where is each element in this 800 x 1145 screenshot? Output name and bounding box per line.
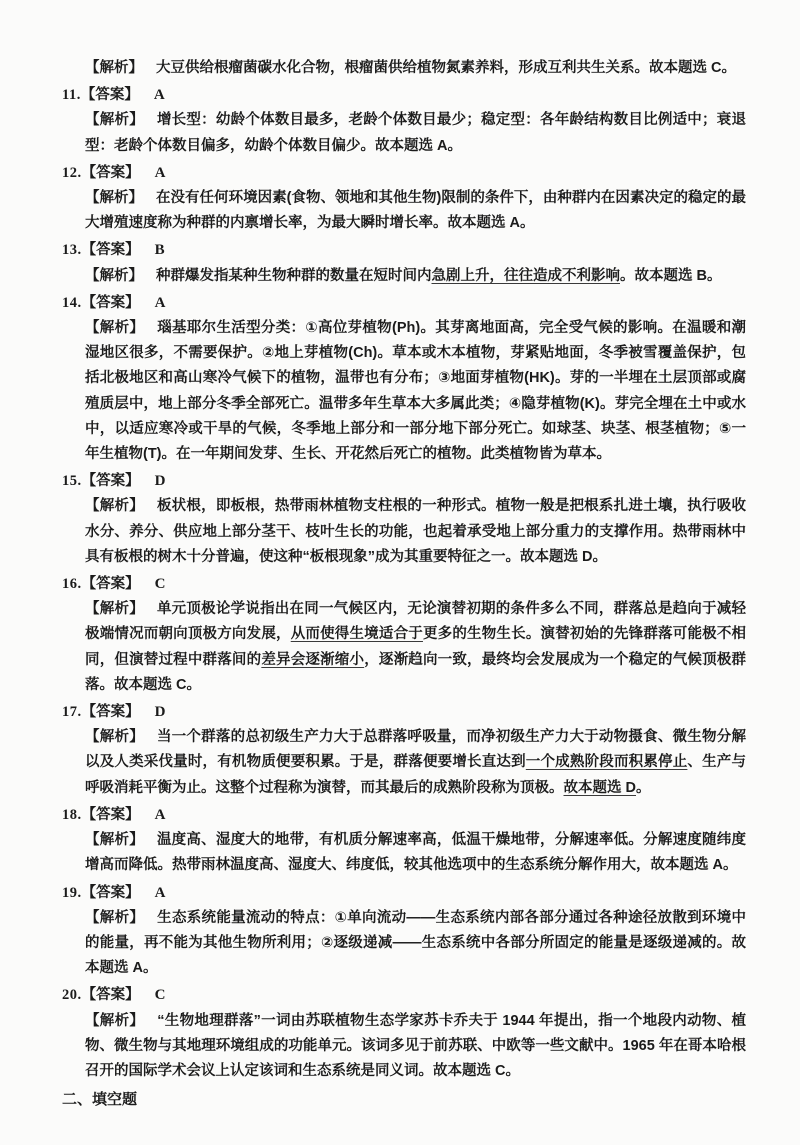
answer-value: A — [155, 807, 166, 823]
answer-label: 【答案】 — [82, 987, 140, 1003]
analysis-text: 温度高、湿度大的地带，有机质分解速率高，低温干燥地带，分解速率低。分解速度随纬度… — [85, 832, 746, 873]
answer-label: 【答案】 — [82, 885, 140, 901]
section-heading-fill-in-blanks: 二、填空题 — [62, 1087, 746, 1112]
item-number: 11. — [62, 87, 81, 103]
answer-value: A — [155, 885, 166, 901]
item-number: 18. — [62, 807, 82, 823]
answer-value: C — [155, 987, 166, 1003]
analysis-label: 【解析】 — [85, 190, 143, 206]
item-number: 15. — [62, 473, 82, 489]
items-list: 11.【答案】A 【解析】增长型：幼龄个体数目最多，老龄个体数目最少；稳定型：各… — [62, 83, 746, 1084]
answer-item: 16.【答案】C 【解析】单元顶极论学说指出在同一气候区内，无论演替初期的条件多… — [62, 572, 746, 698]
answer-line: 18.【答案】A — [62, 803, 746, 828]
answer-value: A — [155, 295, 166, 311]
answer-item: 12.【答案】A 【解析】在没有任何环境因素(食物、领地和其他生物)限制的条件下… — [62, 161, 746, 237]
answer-label: 【答案】 — [82, 242, 140, 258]
item-number: 20. — [62, 987, 82, 1003]
answer-value: D — [155, 704, 166, 720]
analysis-text: 增长型：幼龄个体数目最多，老龄个体数目最少；稳定型：各年龄结构数目比例适中；衰退… — [85, 112, 746, 153]
analysis-paragraph: 【解析】板状根，即板根，热带雨林植物支柱根的一种形式。植物一般是把根系扎进土壤，… — [85, 494, 746, 570]
answer-line: 17.【答案】D — [62, 700, 746, 725]
answer-value: A — [155, 165, 166, 181]
analysis-label: 【解析】 — [85, 268, 143, 284]
analysis-text: 单元顶极论学说指出在同一气候区内，无论演替初期的条件多么不同，群落总是趋向于减轻… — [85, 601, 746, 693]
answer-item: 13.【答案】B 【解析】种群爆发指某种生物种群的数量在短时间内急剧上升，往往造… — [62, 238, 746, 288]
analysis-label: 【解析】 — [85, 729, 144, 745]
analysis-paragraph: 【解析】大豆供给根瘤菌碳水化合物，根瘤菌供给植物氮素养料，形成互利共生关系。故本… — [85, 56, 746, 81]
answer-item: 15.【答案】D 【解析】板状根，即板根，热带雨林植物支柱根的一种形式。植物一般… — [62, 469, 746, 570]
item-number: 19. — [62, 885, 82, 901]
item-number: 12. — [62, 165, 82, 181]
analysis-text: 在没有任何环境因素(食物、领地和其他生物)限制的条件下，由种群内在因素决定的稳定… — [85, 190, 746, 231]
answer-line: 20.【答案】C — [62, 983, 746, 1008]
analysis-paragraph: 【解析】生态系统能量流动的特点：①单向流动——生态系统内部各部分通过各种途径放散… — [85, 906, 746, 982]
analysis-label: 【解析】 — [85, 60, 143, 76]
answer-line: 15.【答案】D — [62, 469, 746, 494]
analysis-paragraph: 【解析】温度高、湿度大的地带，有机质分解速率高，低温干燥地带，分解速率低。分解速… — [85, 828, 746, 878]
item-number: 13. — [62, 242, 82, 258]
analysis-text: 瑙基耶尔生活型分类：①高位芽植物(Ph)。其芽离地面高，完全受气候的影响。在温暖… — [85, 320, 746, 462]
analysis-label: 【解析】 — [85, 498, 144, 514]
analysis-label: 【解析】 — [85, 320, 144, 336]
analysis-text: 大豆供给根瘤菌碳水化合物，根瘤菌供给植物氮素养料，形成互利共生关系。故本题选 C… — [156, 60, 736, 76]
analysis-paragraph: 【解析】增长型：幼龄个体数目最多，老龄个体数目最少；稳定型：各年龄结构数目比例适… — [85, 108, 746, 158]
analysis-text: 生态系统能量流动的特点：①单向流动——生态系统内部各部分通过各种途径放散到环境中… — [85, 910, 746, 976]
analysis-text: “生物地理群落”一词由苏联植物生态学家苏卡乔夫于 1944 年提出，指一个地段内… — [85, 1013, 746, 1079]
analysis-paragraph: 【解析】在没有任何环境因素(食物、领地和其他生物)限制的条件下，由种群内在因素决… — [85, 186, 746, 236]
item-number: 17. — [62, 704, 82, 720]
analysis-text: 板状根，即板根，热带雨林植物支柱根的一种形式。植物一般是把根系扎进土壤，执行吸收… — [85, 498, 746, 564]
analysis-label: 【解析】 — [85, 1013, 144, 1029]
item-number: 16. — [62, 576, 82, 592]
analysis-label: 【解析】 — [85, 832, 144, 848]
answer-label: 【答案】 — [82, 576, 140, 592]
answer-line: 13.【答案】B — [62, 238, 746, 263]
answer-line: 16.【答案】C — [62, 572, 746, 597]
answer-line: 11.【答案】A — [62, 83, 746, 108]
answer-item: 19.【答案】A 【解析】生态系统能量流动的特点：①单向流动——生态系统内部各部… — [62, 881, 746, 982]
page-content: 【解析】大豆供给根瘤菌碳水化合物，根瘤菌供给植物氮素养料，形成互利共生关系。故本… — [62, 56, 746, 1112]
analysis-paragraph: 【解析】瑙基耶尔生活型分类：①高位芽植物(Ph)。其芽离地面高，完全受气候的影响… — [85, 316, 746, 467]
analysis-label: 【解析】 — [85, 112, 144, 128]
answer-item: 18.【答案】A 【解析】温度高、湿度大的地带，有机质分解速率高，低温干燥地带，… — [62, 803, 746, 879]
answer-value: D — [155, 473, 166, 489]
answer-line: 14.【答案】A — [62, 291, 746, 316]
analysis-paragraph: 【解析】“生物地理群落”一词由苏联植物生态学家苏卡乔夫于 1944 年提出，指一… — [85, 1009, 746, 1085]
answer-label: 【答案】 — [82, 295, 140, 311]
answer-label: 【答案】 — [81, 87, 139, 103]
analysis-label: 【解析】 — [85, 910, 144, 926]
answer-item: 17.【答案】D 【解析】当一个群落的总初级生产力大于总群落呼吸量，而净初级生产… — [62, 700, 746, 801]
answer-item: 14.【答案】A 【解析】瑙基耶尔生活型分类：①高位芽植物(Ph)。其芽离地面高… — [62, 291, 746, 467]
analysis-paragraph: 【解析】单元顶极论学说指出在同一气候区内，无论演替初期的条件多么不同，群落总是趋… — [85, 597, 746, 698]
answer-label: 【答案】 — [82, 165, 140, 181]
analysis-paragraph: 【解析】种群爆发指某种生物种群的数量在短时间内急剧上升，往往造成不利影响。故本题… — [85, 264, 746, 289]
answer-line: 12.【答案】A — [62, 161, 746, 186]
answer-label: 【答案】 — [82, 704, 140, 720]
intro-analysis-item: 【解析】大豆供给根瘤菌碳水化合物，根瘤菌供给植物氮素养料，形成互利共生关系。故本… — [62, 56, 746, 81]
answer-item: 11.【答案】A 【解析】增长型：幼龄个体数目最多，老龄个体数目最少；稳定型：各… — [62, 83, 746, 159]
answer-line: 19.【答案】A — [62, 881, 746, 906]
analysis-text: 当一个群落的总初级生产力大于总群落呼吸量，而净初级生产力大于动物摄食、微生物分解… — [85, 729, 746, 795]
answer-value: A — [154, 87, 165, 103]
analysis-paragraph: 【解析】当一个群落的总初级生产力大于总群落呼吸量，而净初级生产力大于动物摄食、微… — [85, 725, 746, 801]
answer-value: C — [155, 576, 166, 592]
item-number: 14. — [62, 295, 82, 311]
answer-item: 20.【答案】C 【解析】“生物地理群落”一词由苏联植物生态学家苏卡乔夫于 19… — [62, 983, 746, 1084]
answer-value: B — [155, 242, 165, 258]
analysis-text: 种群爆发指某种生物种群的数量在短时间内急剧上升，往往造成不利影响。故本题选 B。 — [156, 268, 722, 284]
analysis-label: 【解析】 — [85, 601, 144, 617]
answer-label: 【答案】 — [82, 807, 140, 823]
answer-label: 【答案】 — [82, 473, 140, 489]
scanned-answer-page: 【解析】大豆供给根瘤菌碳水化合物，根瘤菌供给植物氮素养料，形成互利共生关系。故本… — [0, 0, 800, 1145]
